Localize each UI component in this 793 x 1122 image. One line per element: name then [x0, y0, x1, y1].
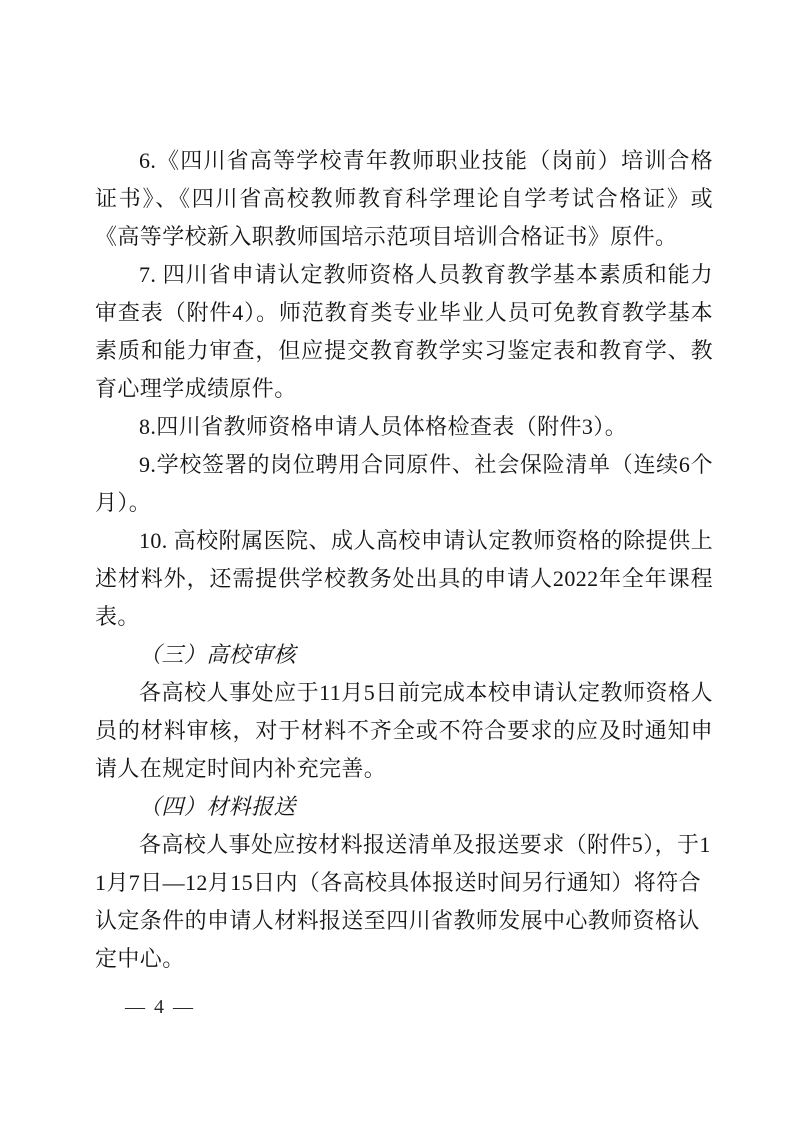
paragraph-item-7: 7. 四川省申请认定教师资格人员教育教学基本素质和能力审查表（附件4）。师范教育… [95, 256, 713, 408]
document-page: 6.《四川省高等学校青年教师职业技能（岗前）培训合格证书》、《四川省高校教师教育… [0, 0, 793, 1122]
paragraph-item-8: 8.四川省教师资格申请人员体格检查表（附件3）。 [95, 408, 713, 446]
paragraph-item-10: 10. 高校附属医院、成人高校申请认定教师资格的除提供上述材料外，还需提供学校教… [95, 522, 713, 636]
paragraph-section-4-body: 各高校人事处应按材料报送清单及报送要求（附件5），于11月7日—12月15日内（… [95, 826, 713, 978]
paragraph-item-6: 6.《四川省高等学校青年教师职业技能（岗前）培训合格证书》、《四川省高校教师教育… [95, 142, 713, 256]
paragraph-section-3-body: 各高校人事处应于11月5日前完成本校申请认定教师资格人员的材料审核，对于材料不齐… [95, 674, 713, 788]
section-heading-4-submission: （四）材料报送 [95, 788, 713, 826]
document-body: 6.《四川省高等学校青年教师职业技能（岗前）培训合格证书》、《四川省高校教师教育… [95, 142, 713, 978]
page-number: — 4 — [125, 993, 195, 1021]
section-heading-3-review: （三）高校审核 [95, 636, 713, 674]
paragraph-item-9: 9.学校签署的岗位聘用合同原件、社会保险清单（连续6个月）。 [95, 446, 713, 522]
